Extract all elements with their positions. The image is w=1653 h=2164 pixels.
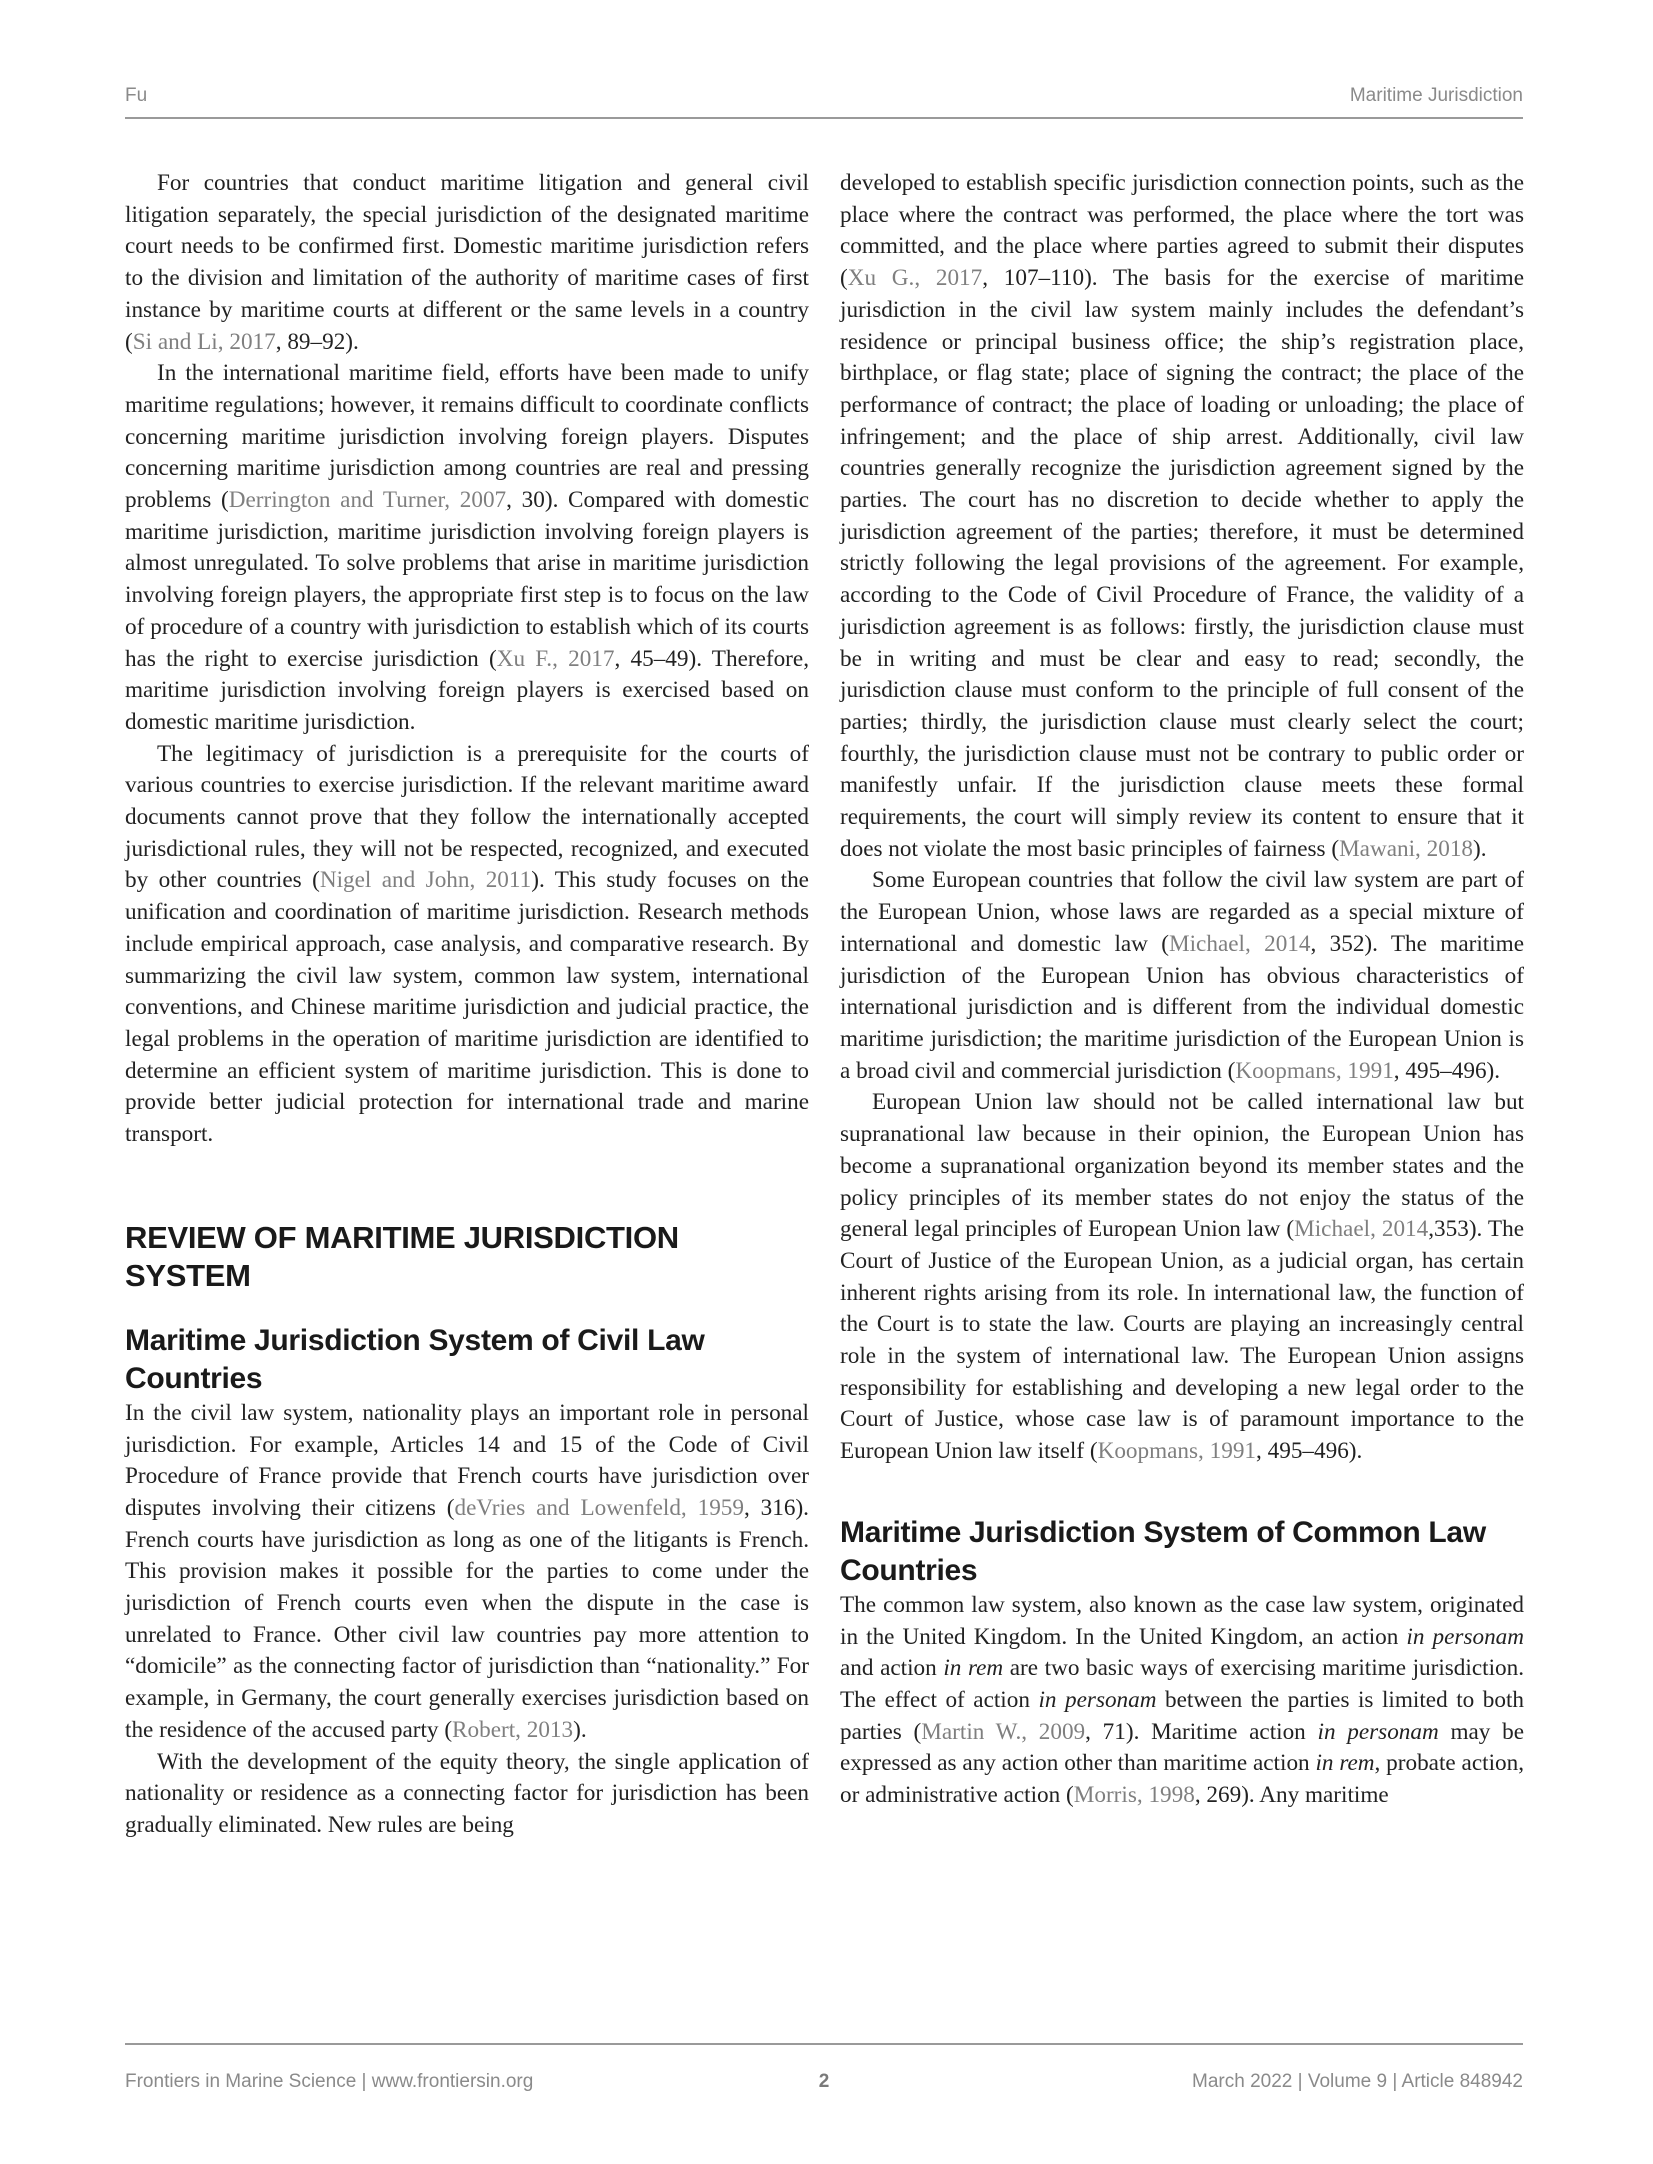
header-running-title: Maritime Jurisdiction: [1350, 85, 1523, 107]
citation-link[interactable]: Koopmans, 1991: [1098, 1438, 1256, 1464]
paragraph: developed to establish specific jurisdic…: [840, 168, 1524, 865]
subsection-heading: Maritime Jurisdiction System of Civil La…: [125, 1322, 809, 1398]
running-header: Fu Maritime Jurisdiction: [125, 76, 1523, 116]
citation-link[interactable]: Martin W., 2009: [921, 1719, 1085, 1745]
footer-issue: March 2022 | Volume 9 | Article 848942: [1192, 2071, 1523, 2093]
citation-link[interactable]: Michael, 2014: [1294, 1216, 1428, 1242]
paragraph: With the development of the equity theor…: [125, 1747, 809, 1842]
citation-link[interactable]: Robert, 2013: [452, 1717, 573, 1743]
header-divider: [125, 117, 1523, 119]
citation-link[interactable]: Mawani, 2018: [1339, 836, 1473, 862]
section-heading: REVIEW OF MARITIME JURISDICTION SYSTEM: [125, 1219, 809, 1295]
footer-journal: Frontiers in Marine Science | www.fronti…: [125, 2071, 533, 2093]
citation-link[interactable]: Derrington and Turner, 2007: [229, 487, 506, 513]
right-column: developed to establish specific jurisdic…: [840, 168, 1524, 1812]
paragraph: The legitimacy of jurisdiction is a prer…: [125, 739, 809, 1151]
left-column: For countries that conduct maritime liti…: [125, 168, 809, 1842]
paragraph: In the civil law system, nationality pla…: [125, 1398, 809, 1747]
footer-divider: [125, 2043, 1523, 2045]
subsection-heading: Maritime Jurisdiction System of Common L…: [840, 1514, 1524, 1590]
paragraph: Some European countries that follow the …: [840, 865, 1524, 1087]
citation-link[interactable]: Xu F., 2017: [497, 646, 615, 672]
citation-link[interactable]: Koopmans, 1991: [1235, 1058, 1393, 1084]
citation-link[interactable]: Xu G., 2017: [848, 265, 983, 291]
paragraph: The common law system, also known as the…: [840, 1590, 1524, 1812]
citation-link[interactable]: Si and Li, 2017: [133, 329, 276, 355]
citation-link[interactable]: Michael, 2014: [1169, 931, 1311, 957]
paragraph: For countries that conduct maritime liti…: [125, 168, 809, 358]
paragraph: In the international maritime field, eff…: [125, 358, 809, 738]
page-number: 2: [819, 2071, 830, 2093]
citation-link[interactable]: deVries and Lowenfeld, 1959: [455, 1495, 744, 1521]
citation-link[interactable]: Morris, 1998: [1074, 1782, 1195, 1808]
paragraph: European Union law should not be called …: [840, 1087, 1524, 1467]
page-footer: Frontiers in Marine Science | www.fronti…: [125, 2064, 1523, 2100]
citation-link[interactable]: Nigel and John, 2011: [320, 867, 531, 893]
header-author: Fu: [125, 85, 147, 107]
